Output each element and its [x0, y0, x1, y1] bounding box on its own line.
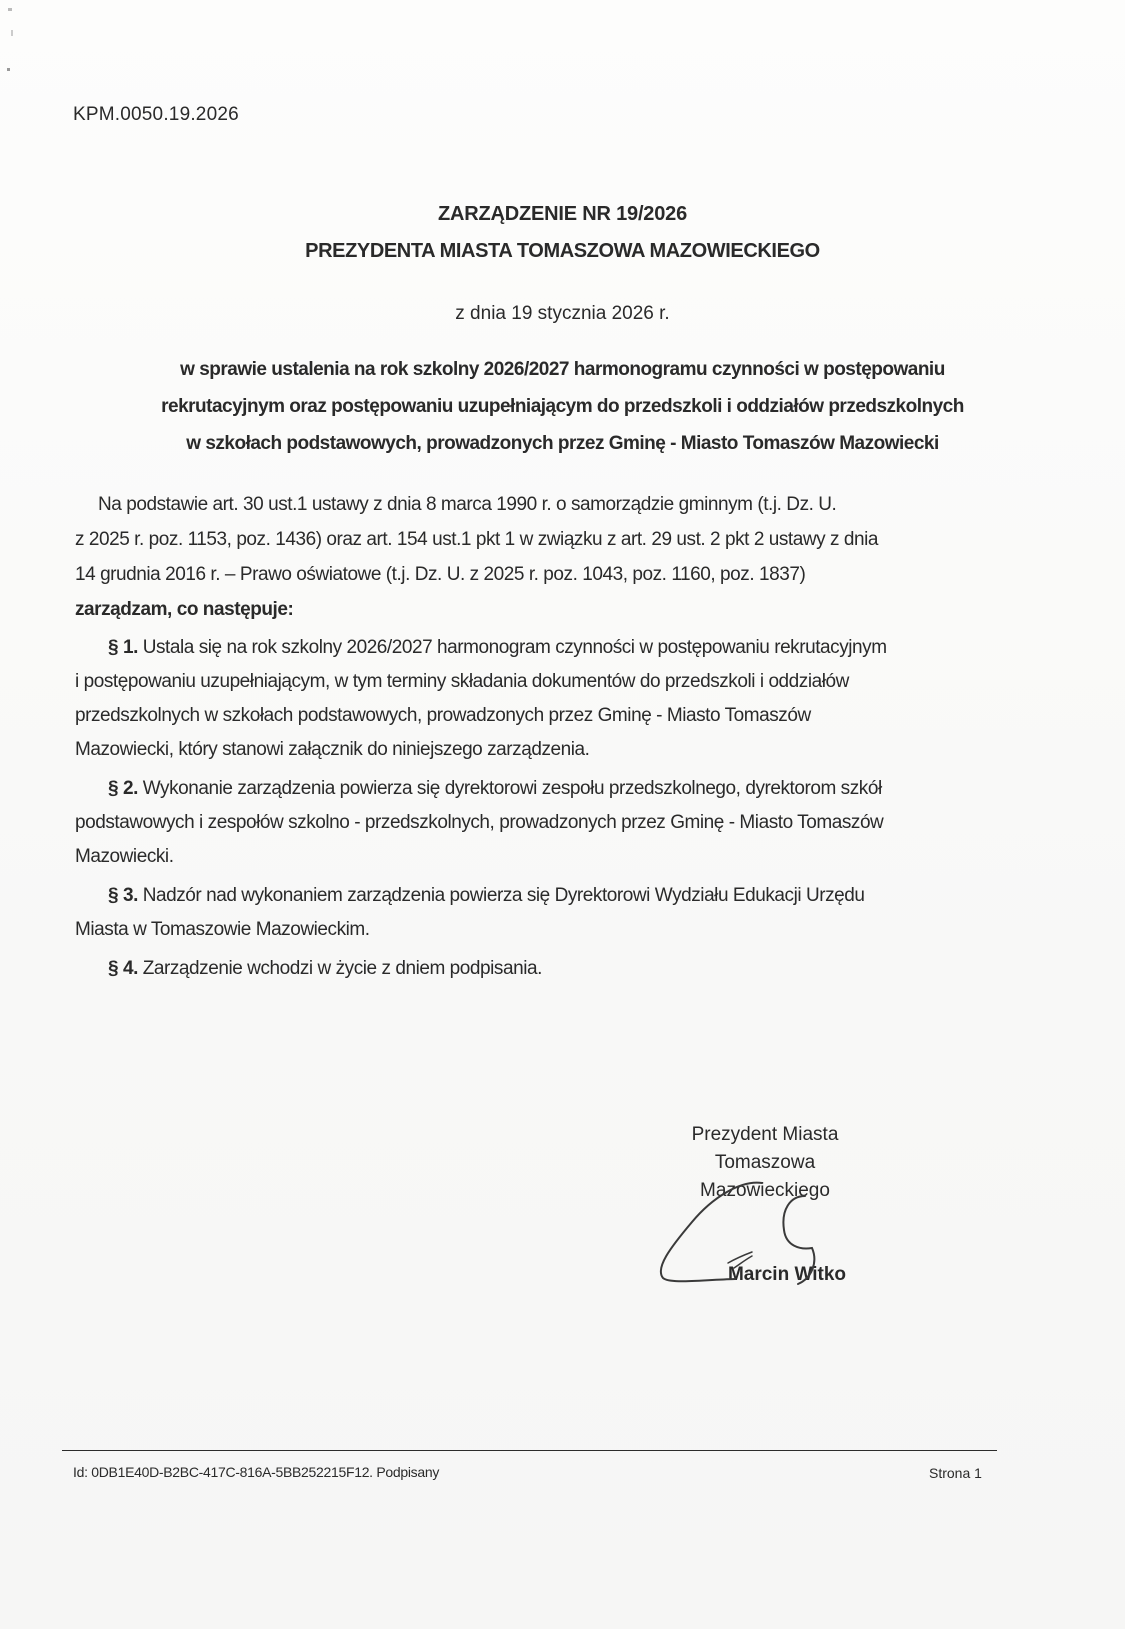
signature-title-line: Prezydent Miasta: [650, 1124, 880, 1146]
paragraph-1-line: i postępowaniu uzupełniającym, w tym ter…: [75, 671, 849, 693]
preamble-line: 14 grudnia 2016 r. – Prawo oświatowe (t.…: [75, 564, 805, 586]
paragraph-label: § 4.: [108, 958, 138, 979]
signatory-name: Marcin Witko: [672, 1264, 902, 1286]
paragraph-3-line: Miasta w Tomaszowie Mazowieckim.: [75, 919, 370, 941]
paragraph-1-line: Mazowiecki, który stanowi załącznik do n…: [75, 739, 589, 761]
paragraph-1-line: § 1. Ustala się na rok szkolny 2026/2027…: [108, 637, 887, 659]
paragraph-4-line: § 4. Zarządzenie wchodzi w życie z dniem…: [108, 958, 542, 980]
paragraph-label: § 1.: [108, 637, 138, 658]
paragraph-2-line: Mazowiecki.: [75, 846, 174, 868]
reference-number: KPM.0050.19.2026: [73, 104, 239, 126]
document-date: z dnia 19 stycznia 2026 r.: [0, 303, 1125, 325]
paragraph-1-line: przedszkolnych w szkołach podstawowych, …: [75, 705, 811, 727]
scan-speck: [7, 68, 10, 71]
page-number: Strona 1: [929, 1465, 982, 1481]
footer-divider: [62, 1450, 997, 1451]
signature-title-line: Tomaszowa: [650, 1152, 880, 1174]
document-issuer: PREZYDENTA MIASTA TOMASZOWA MAZOWIECKIEG…: [0, 240, 1125, 263]
preamble-line: z 2025 r. poz. 1153, poz. 1436) oraz art…: [75, 529, 878, 551]
document-id: Id: 0DB1E40D-B2BC-417C-816A-5BB252215F12…: [73, 1464, 439, 1480]
scan-speck: [11, 30, 13, 36]
paragraph-label: § 3.: [108, 885, 138, 906]
subject-line: w sprawie ustalenia na rok szkolny 2026/…: [0, 359, 1125, 381]
paragraph-label: § 2.: [108, 778, 138, 799]
document-title: ZARZĄDZENIE NR 19/2026: [0, 203, 1125, 226]
paragraph-2-line: podstawowych i zespołów szkolno - przeds…: [75, 812, 883, 834]
preamble-line: Na podstawie art. 30 ust.1 ustawy z dnia…: [98, 494, 836, 516]
scan-speck: [8, 8, 12, 11]
subject-line: rekrutacyjnym oraz postępowaniu uzupełni…: [0, 396, 1125, 418]
paragraph-3-line: § 3. Nadzór nad wykonaniem zarządzenia p…: [108, 885, 865, 907]
signature-title-line: Mazowieckiego: [650, 1180, 880, 1202]
paragraph-2-line: § 2. Wykonanie zarządzenia powierza się …: [108, 778, 882, 800]
document-page: KPM.0050.19.2026 ZARZĄDZENIE NR 19/2026 …: [0, 0, 1125, 1629]
decree-phrase: zarządzam, co następuje:: [75, 599, 293, 621]
subject-line: w szkołach podstawowych, prowadzonych pr…: [0, 433, 1125, 455]
